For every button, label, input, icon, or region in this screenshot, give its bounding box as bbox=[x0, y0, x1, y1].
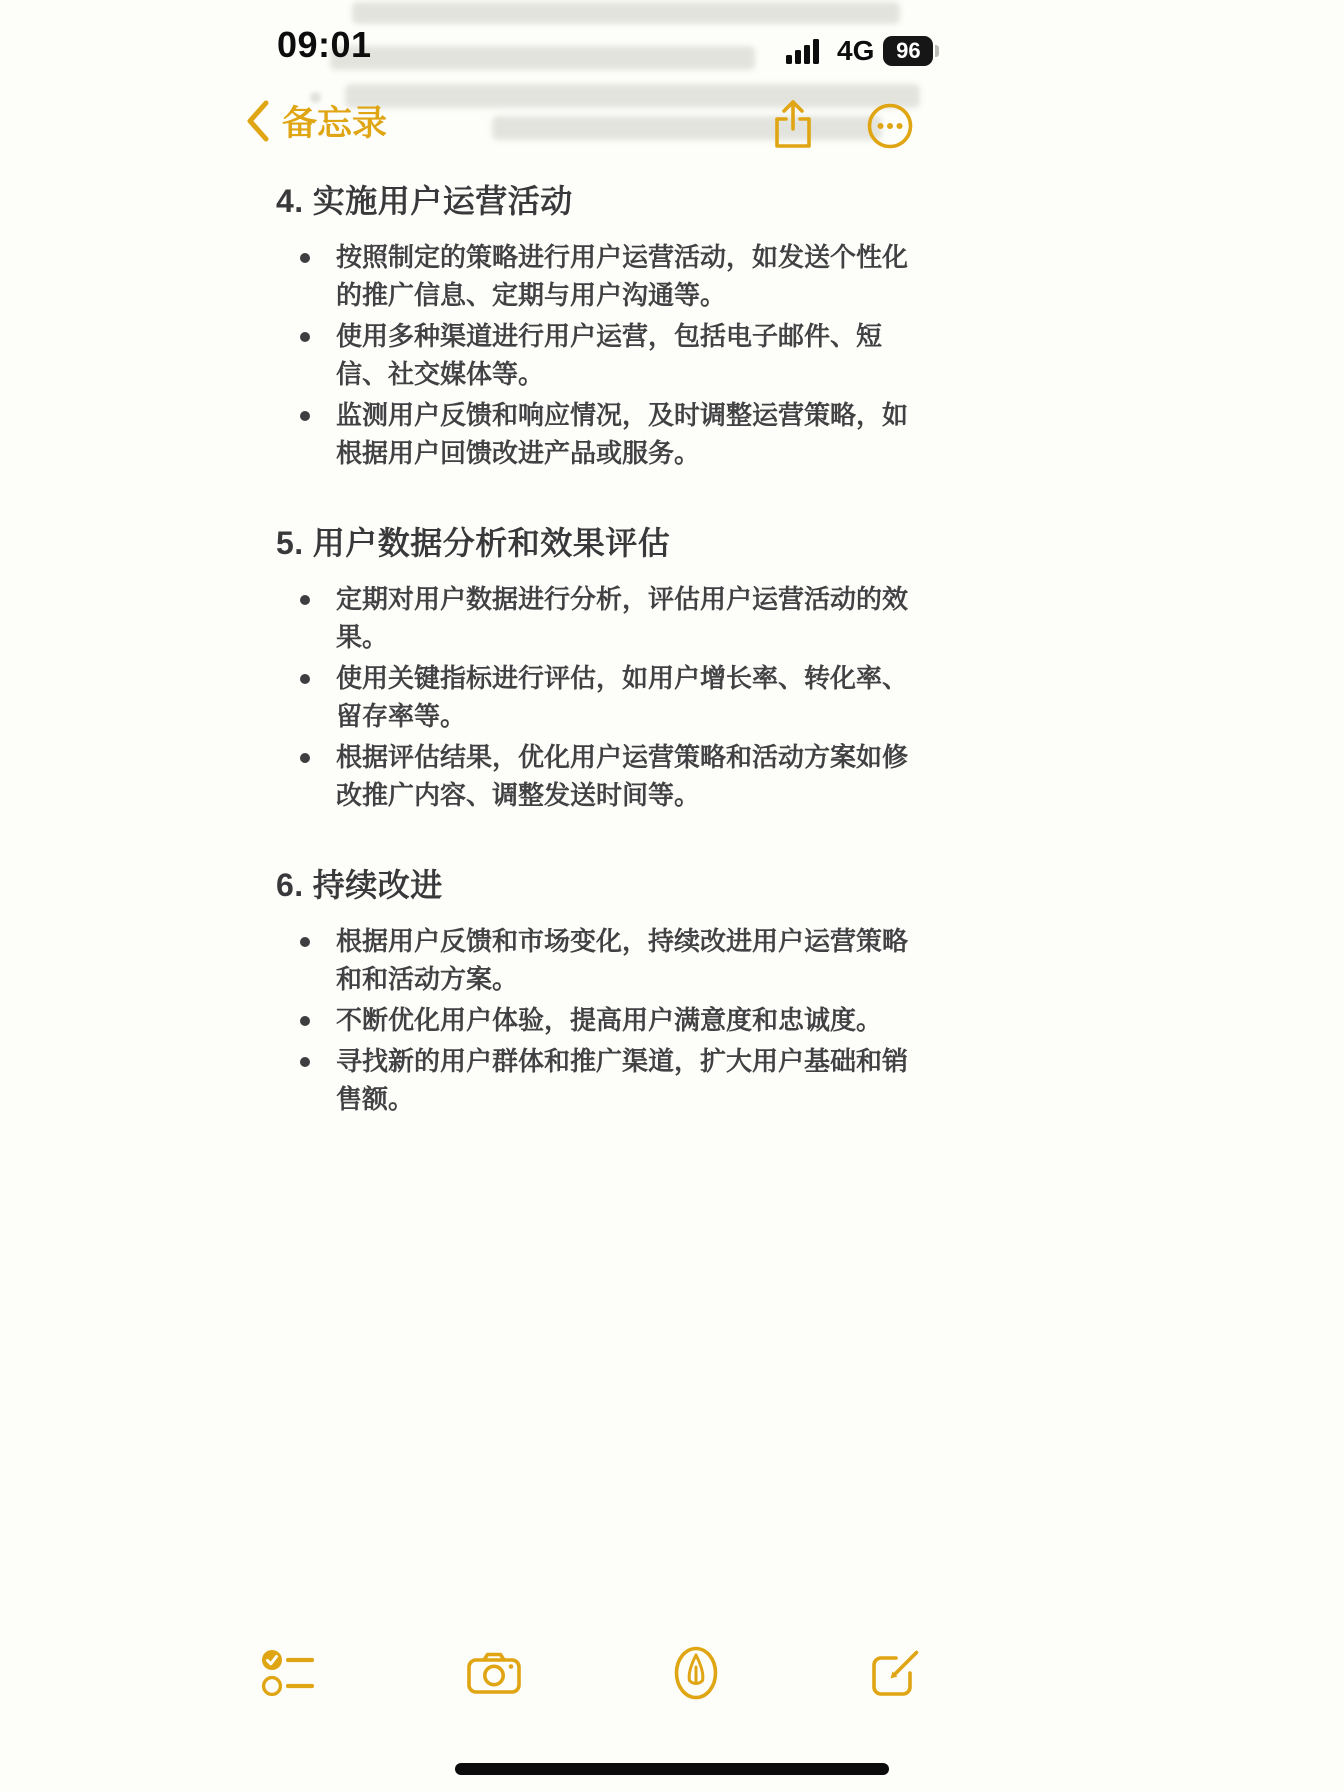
list-item: 定期对用户数据进行分析，评估用户运营活动的效果。 bbox=[300, 580, 936, 656]
bullet-text: 监测用户反馈和响应情况，及时调整运营策略，如根据用户回馈改进产品或服务。 bbox=[336, 396, 912, 472]
section-number: 5. bbox=[276, 525, 304, 562]
section-5: 5. 用户数据分析和效果评估 定期对用户数据进行分析，评估用户运营活动的效果。 … bbox=[276, 518, 936, 814]
bullet-dot bbox=[300, 674, 310, 684]
bullet-text: 根据用户反馈和市场变化，持续改进用户运营策略和和活动方案。 bbox=[336, 922, 912, 998]
section-heading: 4. 实施用户运营活动 bbox=[276, 176, 936, 222]
bullet-dot bbox=[300, 1057, 310, 1067]
compose-button[interactable] bbox=[870, 1647, 922, 1699]
bullet-text: 定期对用户数据进行分析，评估用户运营活动的效果。 bbox=[336, 580, 912, 656]
bullet-dot bbox=[300, 253, 310, 263]
checklist-button[interactable] bbox=[260, 1648, 316, 1698]
bullet-dot bbox=[300, 411, 310, 421]
section-title: 实施用户运营活动 bbox=[313, 176, 573, 222]
section-number: 6. bbox=[276, 867, 304, 904]
notes-app-screen: 09:01 4G 96 备 bbox=[0, 0, 1344, 1792]
clock: 09:01 bbox=[277, 24, 372, 66]
nav-bar: 备忘录 bbox=[0, 96, 1344, 160]
bullet-text: 使用关键指标进行评估，如用户增长率、转化率、留存率等。 bbox=[336, 659, 912, 735]
note-body[interactable]: 4. 实施用户运营活动 按照制定的策略进行用户运营活动，如发送个性化的推广信息、… bbox=[276, 176, 936, 1121]
list-item: 寻找新的用户群体和推广渠道，扩大用户基础和销售额。 bbox=[300, 1042, 936, 1118]
list-item: 根据用户反馈和市场变化，持续改进用户运营策略和和活动方案。 bbox=[300, 922, 936, 998]
list-item: 使用多种渠道进行用户运营，包括电子邮件、短信、社交媒体等。 bbox=[300, 317, 936, 393]
section-heading: 5. 用户数据分析和效果评估 bbox=[276, 518, 936, 564]
bullet-dot bbox=[300, 753, 310, 763]
home-indicator[interactable] bbox=[455, 1763, 889, 1775]
markup-pen-icon bbox=[673, 1645, 719, 1701]
bullet-text: 按照制定的策略进行用户运营活动，如发送个性化的推广信息、定期与用户沟通等。 bbox=[336, 238, 912, 314]
bullet-text: 使用多种渠道进行用户运营，包括电子邮件、短信、社交媒体等。 bbox=[336, 317, 912, 393]
bullet-text: 寻找新的用户群体和推广渠道，扩大用户基础和销售额。 bbox=[336, 1042, 912, 1118]
back-button-label: 备忘录 bbox=[282, 96, 387, 146]
camera-icon bbox=[467, 1651, 521, 1695]
battery-cap bbox=[935, 45, 939, 57]
compose-icon bbox=[870, 1647, 922, 1699]
share-button[interactable] bbox=[772, 98, 814, 150]
chevron-left-icon bbox=[246, 99, 270, 143]
section-heading: 6. 持续改进 bbox=[276, 860, 936, 906]
list-item: 监测用户反馈和响应情况，及时调整运营策略，如根据用户回馈改进产品或服务。 bbox=[300, 396, 936, 472]
battery-percent: 96 bbox=[896, 38, 920, 64]
section-4: 4. 实施用户运营活动 按照制定的策略进行用户运营活动，如发送个性化的推广信息、… bbox=[276, 176, 936, 472]
camera-button[interactable] bbox=[467, 1651, 521, 1695]
list-item: 使用关键指标进行评估，如用户增长率、转化率、留存率等。 bbox=[300, 659, 936, 735]
checklist-icon bbox=[260, 1648, 316, 1698]
signal-strength-icon bbox=[786, 38, 828, 64]
share-icon bbox=[772, 98, 814, 150]
section-title: 用户数据分析和效果评估 bbox=[313, 518, 671, 564]
battery-indicator: 96 bbox=[883, 36, 939, 66]
bullet-dot bbox=[300, 1016, 310, 1026]
bottom-toolbar bbox=[260, 1638, 922, 1708]
section-6: 6. 持续改进 根据用户反馈和市场变化，持续改进用户运营策略和和活动方案。 不断… bbox=[276, 860, 936, 1118]
markup-button[interactable] bbox=[673, 1645, 719, 1701]
bullet-dot bbox=[300, 332, 310, 342]
more-options-button[interactable] bbox=[866, 102, 914, 150]
section-title: 持续改进 bbox=[313, 860, 443, 906]
bullet-text: 根据评估结果，优化用户运营策略和活动方案如修改推广内容、调整发送时间等。 bbox=[336, 738, 912, 814]
list-item: 根据评估结果，优化用户运营策略和活动方案如修改推广内容、调整发送时间等。 bbox=[300, 738, 936, 814]
bullet-dot bbox=[300, 937, 310, 947]
bullet-dot bbox=[300, 595, 310, 605]
network-type-label: 4G bbox=[837, 35, 874, 67]
list-item: 按照制定的策略进行用户运营活动，如发送个性化的推广信息、定期与用户沟通等。 bbox=[300, 238, 936, 314]
section-number: 4. bbox=[276, 183, 304, 220]
ellipsis-circle-icon bbox=[866, 102, 914, 150]
bullet-text: 不断优化用户体验，提高用户满意度和忠诚度。 bbox=[336, 1001, 912, 1039]
back-button[interactable]: 备忘录 bbox=[246, 96, 387, 146]
status-bar: 09:01 4G 96 bbox=[0, 0, 1344, 92]
list-item: 不断优化用户体验，提高用户满意度和忠诚度。 bbox=[300, 1001, 936, 1039]
